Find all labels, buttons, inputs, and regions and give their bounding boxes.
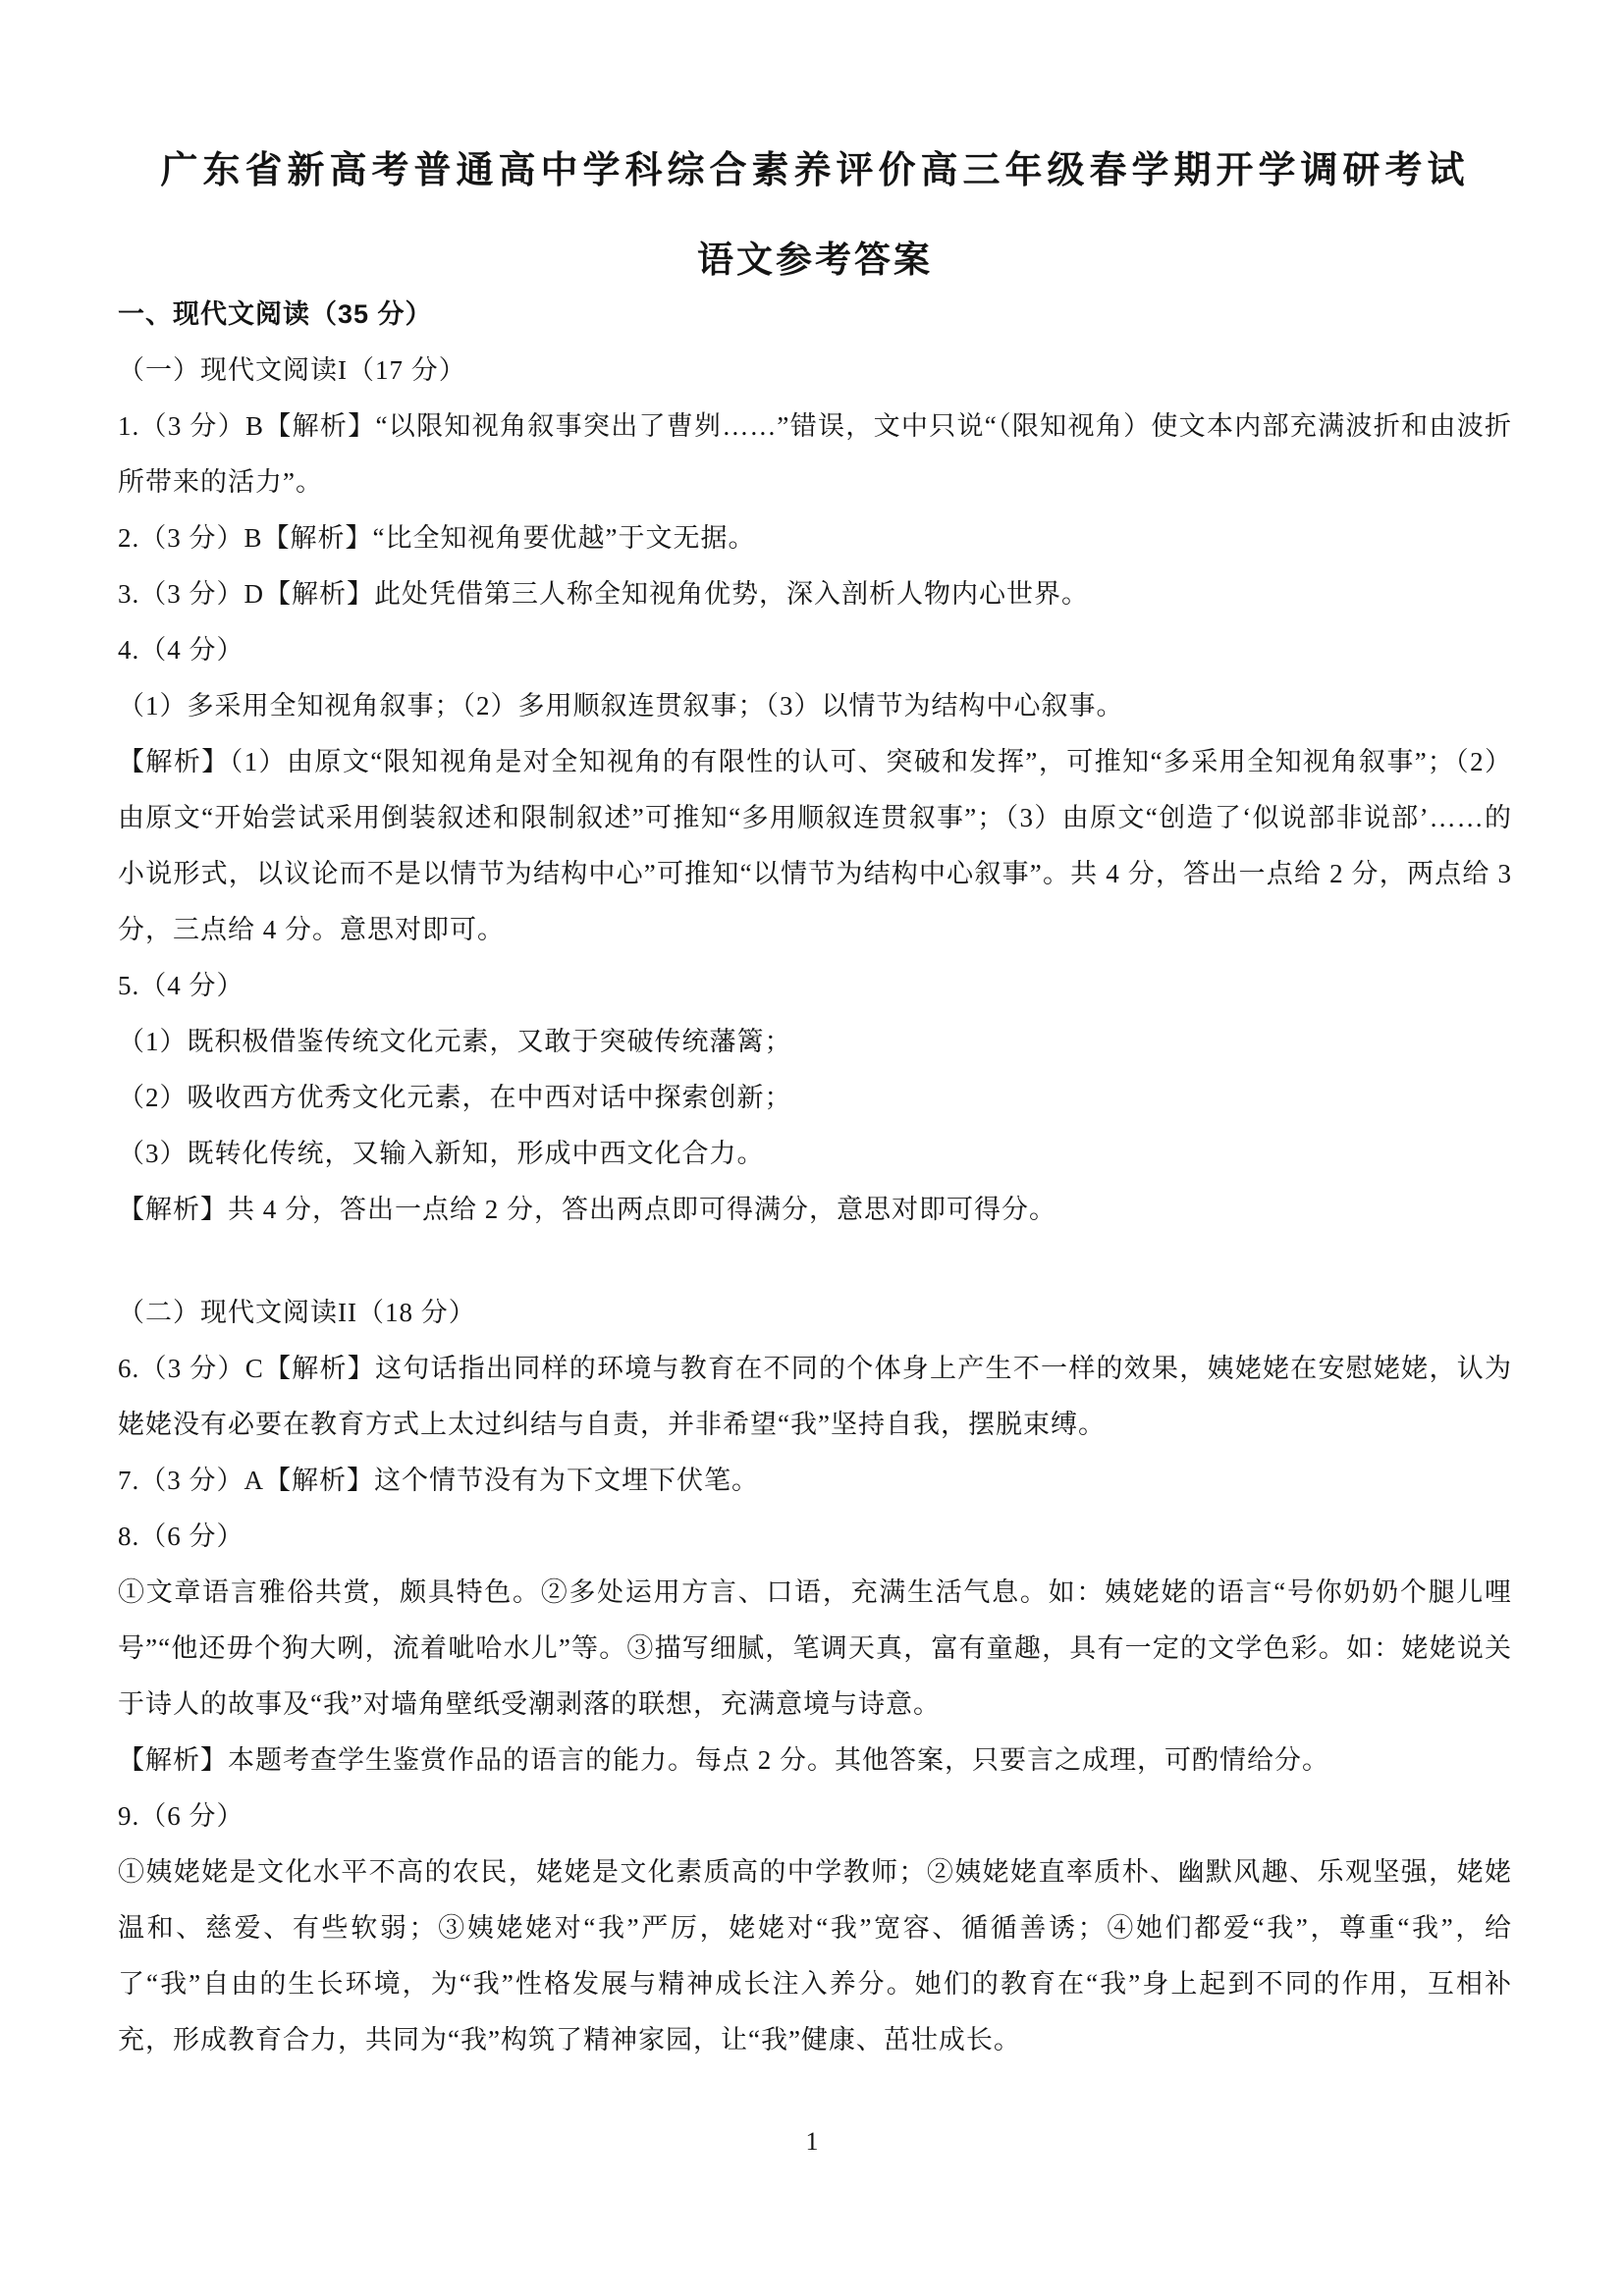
answer-q4-points: （1）多采用全知视角叙事；（2）多用顺叙连贯叙事；（3）以情节为结构中心叙事。 (118, 678, 1512, 734)
answer-q5-score: 5.（4 分） (118, 958, 1512, 1014)
answer-q6: 6.（3 分）C【解析】这句话指出同样的环境与教育在不同的个体身上产生不一样的效… (118, 1341, 1512, 1453)
answer-q4-analysis: 【解析】（1）由原文“限知视角是对全知视角的有限性的认可、突破和发挥”，可推知“… (118, 734, 1512, 958)
answer-q4-score: 4.（4 分） (118, 622, 1512, 678)
answer-q8-score: 8.（6 分） (118, 1509, 1512, 1565)
answer-q5-analysis: 【解析】共 4 分，答出一点给 2 分，答出两点即可得满分，意思对即可得分。 (118, 1182, 1512, 1238)
document-page: 广东省新高考普通高中学科综合素养评价高三年级春学期开学调研考试 语文参考答案 一… (0, 0, 1624, 2296)
answer-q2: 2.（3 分）B【解析】“比全知视角要优越”于文无据。 (118, 510, 1512, 566)
part-1-heading: （一）现代文阅读I（17 分） (118, 343, 1512, 399)
answer-q5-point3: （3）既转化传统，又输入新知，形成中西文化合力。 (118, 1126, 1512, 1182)
answer-q7: 7.（3 分）A【解析】这个情节没有为下文埋下伏笔。 (118, 1453, 1512, 1509)
answer-q9-points: ①姨姥姥是文化水平不高的农民，姥姥是文化素质高的中学教师；②姨姥姥直率质朴、幽默… (118, 1844, 1512, 2068)
answer-q3: 3.（3 分）D【解析】此处凭借第三人称全知视角优势，深入剖析人物内心世界。 (118, 566, 1512, 622)
answer-q8-analysis: 【解析】本题考查学生鉴赏作品的语言的能力。每点 2 分。其他答案，只要言之成理，… (118, 1733, 1512, 1789)
section-1-heading: 一、现代文阅读（35 分） (118, 287, 1512, 343)
document-content: 广东省新高考普通高中学科综合素养评价高三年级春学期开学调研考试 语文参考答案 一… (118, 0, 1512, 2068)
page-number: 1 (0, 2126, 1624, 2158)
answer-q9-score: 9.（6 分） (118, 1789, 1512, 1844)
document-title: 广东省新高考普通高中学科综合素养评价高三年级春学期开学调研考试 (118, 0, 1512, 196)
answer-q1: 1.（3 分）B【解析】“以限知视角叙事突出了曹刿……”错误，文中只说“（限知视… (118, 399, 1512, 510)
answer-q5-point2: （2）吸收西方优秀文化元素，在中西对话中探索创新； (118, 1070, 1512, 1126)
document-subtitle: 语文参考答案 (118, 236, 1512, 287)
answer-q5-point1: （1）既积极借鉴传统文化元素，又敢于突破传统藩篱； (118, 1014, 1512, 1070)
answer-q8-points: ①文章语言雅俗共赏，颇具特色。②多处运用方言、口语，充满生活气息。如：姨姥姥的语… (118, 1565, 1512, 1733)
part-2-heading: （二）现代文阅读II（18 分） (118, 1285, 1512, 1341)
